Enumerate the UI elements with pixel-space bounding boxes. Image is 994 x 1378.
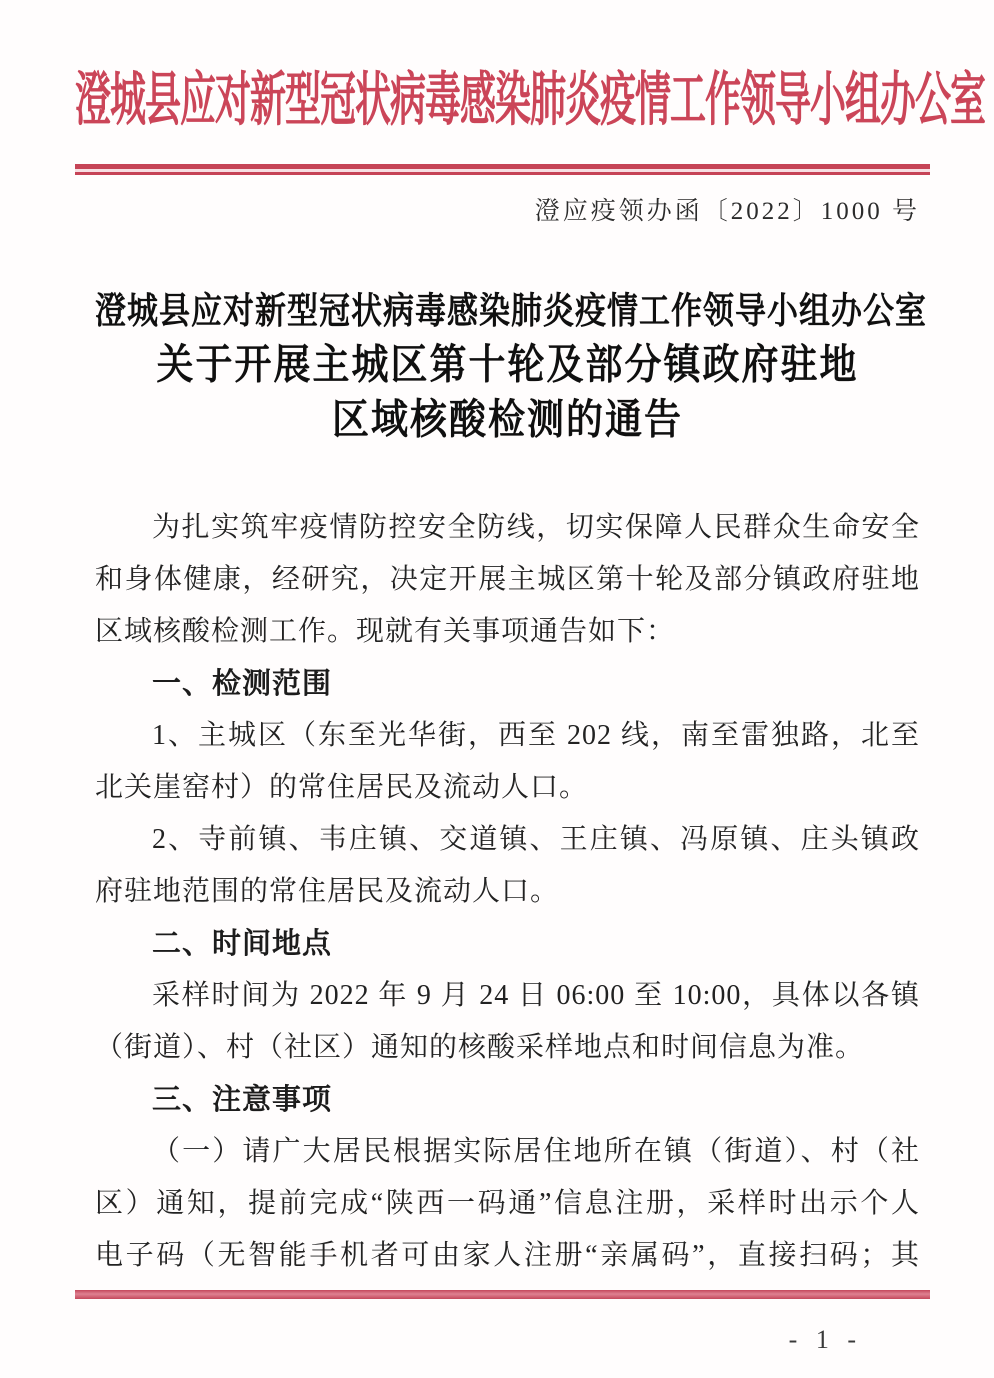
section1-item2-line: 府驻地范围的常住居民及流动人口。 [95,866,920,918]
title-line-1: 澄城县应对新型冠状病毒感染肺炎疫情工作领导小组办公室 [95,278,920,343]
section2-heading: 二、时间地点 [95,918,920,970]
document-body: 为扎实筑牢疫情防控安全防线，切实保障人民群众生命安全 和身体健康，经研究，决定开… [95,502,920,1282]
section3-para-line: 区）通知，提前完成“陕西一码通”信息注册，采样时出示个人 [95,1178,920,1230]
title-line-3: 区域核酸检测的通告 [95,390,920,452]
document-title: 澄城县应对新型冠状病毒感染肺炎疫情工作领导小组办公室 关于开展主城区第十轮及部分… [95,283,920,448]
section1-item1-line: 北关崖窑村）的常住居民及流动人口。 [95,762,920,814]
section3-para-line: （一）请广大居民根据实际居住地所在镇（街道）、村（社 [95,1126,920,1178]
section1-heading: 一、检测范围 [95,658,920,710]
section1-item2-line: 2、寺前镇、韦庄镇、交道镇、王庄镇、冯原镇、庄头镇政 [95,814,920,866]
doc-reference-number: 澄应疫领办函〔2022〕1000 号 [95,191,920,227]
page-number: - 1 - [95,1325,920,1355]
document-page: 澄城县应对新型冠状病毒感染肺炎疫情工作领导小组办公室 澄应疫领办函〔2022〕1… [0,0,994,1378]
bottom-pink-rule [75,1290,930,1299]
section3-para-line: 电子码（无智能手机者可由家人注册“亲属码”，直接扫码；其 [95,1230,920,1282]
section1-item1-line: 1、主城区（东至光华街，西至 202 线，南至雷独路，北至 [95,710,920,762]
intro-line: 和身体健康，经研究，决定开展主城区第十轮及部分镇政府驻地 [95,554,920,606]
section2-para-line: （街道）、村（社区）通知的核酸采样地点和时间信息为准。 [95,1022,920,1074]
section3-heading: 三、注意事项 [95,1074,920,1126]
intro-line: 为扎实筑牢疫情防控安全防线，切实保障人民群众生命安全 [95,502,920,554]
letterhead-org-name: 澄城县应对新型冠状病毒感染肺炎疫情工作领导小组办公室 [75,32,930,168]
section2-para-line: 采样时间为 2022 年 9 月 24 日 06:00 至 10:00，具体以各… [95,970,920,1022]
intro-line: 区域核酸检测工作。现就有关事项通告如下： [95,606,920,658]
title-line-2: 关于开展主城区第十轮及部分镇政府驻地 [95,335,920,397]
